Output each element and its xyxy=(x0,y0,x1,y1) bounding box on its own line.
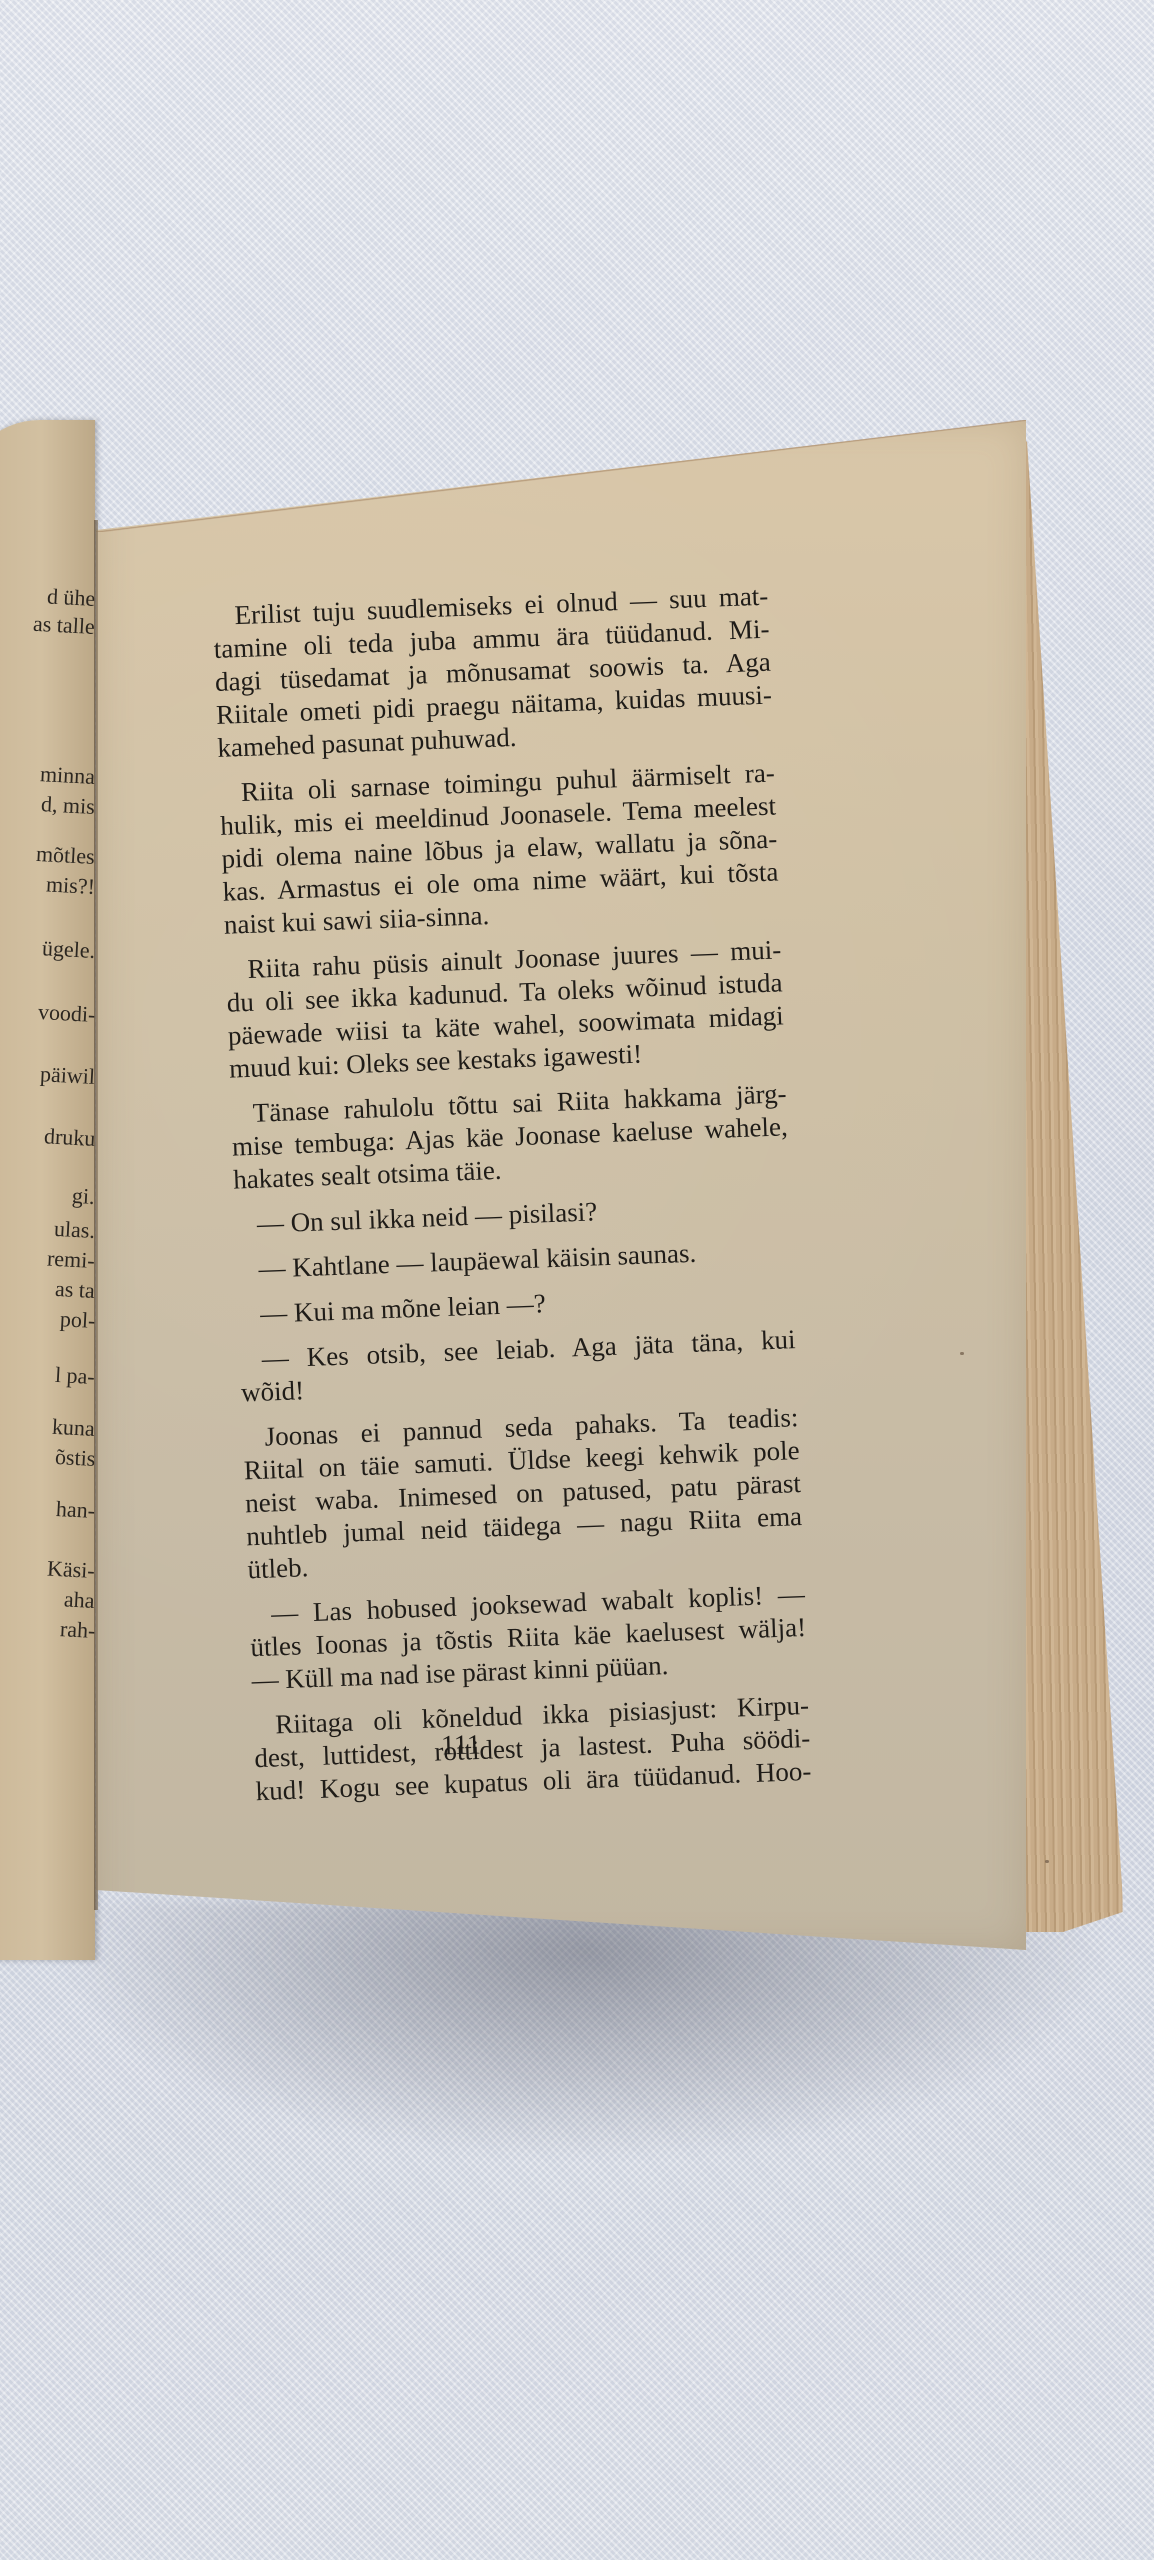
facing-page-fragment: l pa- xyxy=(55,1364,96,1388)
facing-page-fragment: õstis xyxy=(54,1446,95,1470)
dialogue-line: — On sul ikka neid — pisilasi? xyxy=(234,1188,791,1241)
paper-speck xyxy=(1045,1860,1049,1863)
page-text-block: Erilist tuju suudlemiseks ei olnud — suu… xyxy=(212,580,812,1821)
dialogue-line: — Kahtlane — laupäewal käisin saunas. xyxy=(236,1233,793,1286)
facing-page-fragment: mõtles xyxy=(36,843,96,868)
paragraph: Tänase rahulolu tõttu sai Riita hakkama … xyxy=(230,1077,789,1196)
page-top-edge xyxy=(96,420,1026,532)
paper-speck xyxy=(960,1352,964,1355)
facing-page-fragment: rah- xyxy=(59,1618,96,1642)
facing-page-fragment: d ühe xyxy=(46,585,95,609)
facing-page-fragment: remi- xyxy=(47,1248,96,1272)
facing-page-fragment: d, mis xyxy=(41,793,96,818)
text-line: — Kui ma mõne leian —? xyxy=(238,1278,795,1331)
facing-page-fragment: voodi- xyxy=(37,1001,96,1026)
paragraph: Riitaga oli kõneldud ikka pisiasjust: Ki… xyxy=(253,1689,812,1808)
facing-page-fragment: as ta xyxy=(55,1278,96,1302)
dialogue-line: — Las hobused jooksewad wabalt koplis! —… xyxy=(249,1578,808,1697)
paragraph: Riita oli sarnase toimingu puhul äärmise… xyxy=(218,757,780,942)
paragraph: Erilist tuju suudlemiseks ei olnud — suu… xyxy=(212,580,774,765)
dialogue-line: — Kui ma mõne leian —? xyxy=(238,1278,795,1331)
page-number: 111 xyxy=(441,1729,482,1762)
text-line: — On sul ikka neid — pisilasi? xyxy=(234,1188,791,1241)
facing-page-fragment: gi. xyxy=(72,1185,96,1208)
facing-page-fragment: as talle xyxy=(33,613,96,638)
facing-page-text-fragments: d üheas talleminnad, mismõtlesmis?!ügele… xyxy=(0,0,95,2560)
facing-page-fragment: Käsi- xyxy=(47,1558,96,1582)
facing-page-fragment: minna xyxy=(39,763,95,788)
facing-page-fragment: han- xyxy=(55,1498,95,1522)
paragraph: Riita rahu püsis ainult Joonase juures —… xyxy=(225,933,785,1085)
paragraph: Joonas ei pannud seda pahaks. Ta teadis:… xyxy=(242,1401,804,1586)
facing-page-fragment: mis?! xyxy=(46,873,96,898)
dialogue-line: — Kes otsib, see leiab. Aga jäta täna, k… xyxy=(239,1323,797,1409)
facing-page-fragment: druku xyxy=(43,1125,95,1150)
facing-page-fragment: kuna xyxy=(52,1416,96,1440)
book-gutter xyxy=(94,520,98,1910)
facing-page-fragment: ügele. xyxy=(41,937,95,962)
facing-page-fragment: pol- xyxy=(59,1308,96,1332)
facing-page-fragment: ulas. xyxy=(54,1218,96,1242)
facing-page-fragment: päiwil xyxy=(39,1063,95,1088)
facing-page-fragment: aha xyxy=(64,1588,96,1612)
text-line: — Kahtlane — laupäewal käisin saunas. xyxy=(236,1233,793,1286)
